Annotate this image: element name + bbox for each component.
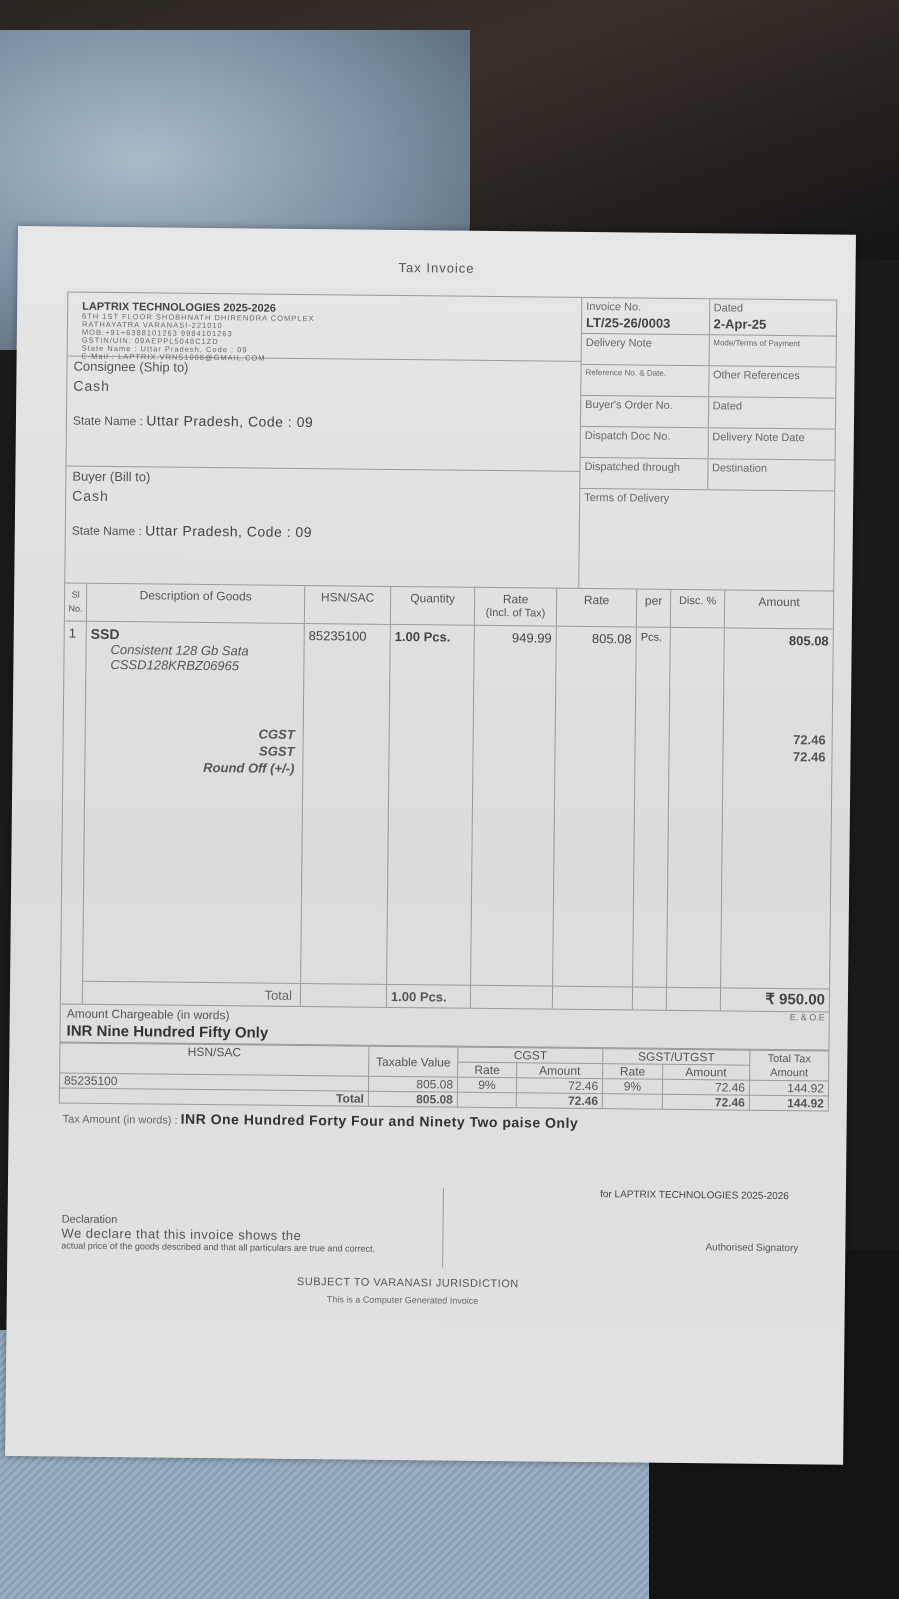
buyers-order-cell: Buyer's Order No.: [581, 396, 708, 427]
consignee-state-label: State Name :: [73, 414, 143, 429]
tax-header-cgst-rate: Rate: [458, 1062, 517, 1078]
consignee-state-value: Uttar Pradesh, Code : 09: [146, 412, 313, 430]
invoice-footer: Declaration We declare that this invoice…: [57, 1133, 829, 1301]
tax-row-cgst-amount: 72.46: [516, 1078, 602, 1094]
consignee-block: Consignee (Ship to) Cash State Name : Ut…: [66, 357, 580, 472]
dispatched-through-cell: Dispatched through: [580, 458, 707, 489]
computer-generated-note: This is a Computer Generated Invoice: [327, 1294, 479, 1306]
invoice-body: LAPTRIX TECHNOLOGIES 2025-2026 6TH 1ST F…: [57, 292, 837, 1302]
tax-header-sgst-rate: Rate: [603, 1064, 663, 1080]
signature-company: for LAPTRIX TECHNOLOGIES 2025-2026: [600, 1189, 789, 1202]
amount-in-words: E. & O.E Amount Chargeable (in words) IN…: [59, 1004, 829, 1050]
col-quantity: Quantity 1.00 Pcs. 1.00 Pcs.: [387, 587, 475, 1008]
item-sl: 1: [65, 622, 86, 645]
header-sl: Sl No.: [65, 584, 86, 622]
tax-amount-in-words: Tax Amount (in words) : INR One Hundred …: [59, 1109, 829, 1133]
total-row-disc: [667, 987, 720, 1011]
total-row-amount: ₹ 950.00: [721, 987, 829, 1011]
meta-row: Dispatch Doc No. Delivery Note Date: [581, 427, 835, 461]
invoice-date: 2-Apr-25: [713, 316, 832, 332]
total-amount: ₹ 950.00: [765, 990, 825, 1009]
header-rate-incl-label: Rate: [475, 592, 556, 607]
header-rate-incl-sub: (Incl. of Tax): [475, 606, 556, 621]
tax-header-cgst: CGST: [458, 1047, 603, 1064]
tax-row-sgst-amount: 72.46: [662, 1079, 749, 1095]
total-row-hsn: [301, 983, 386, 1007]
tax-total-label: Total: [59, 1088, 368, 1106]
item-amount: 805.08: [725, 628, 833, 652]
declaration: Declaration We declare that this invoice…: [61, 1214, 441, 1255]
header-description: Description of Goods: [87, 584, 304, 624]
parties-section: LAPTRIX TECHNOLOGIES 2025-2026 6TH 1ST F…: [65, 293, 582, 588]
header-discount: Disc. %: [671, 590, 724, 629]
invoice-number-label: Invoice No.: [586, 301, 641, 314]
header-amount: Amount: [725, 590, 833, 629]
tax-row-sgst-rate: 9%: [603, 1079, 663, 1095]
invoice-number: LT/25-26/0003: [586, 315, 705, 331]
buyer-state-label: State Name :: [72, 524, 142, 539]
total-row-per: [633, 986, 666, 1009]
payment-terms-cell: Mode/Terms of Payment: [708, 335, 836, 366]
tax-header-cgst-amount: Amount: [516, 1063, 602, 1079]
cgst-label: CGST: [203, 725, 294, 743]
terms-of-delivery-cell: Terms of Delivery: [579, 489, 834, 591]
tax-words-value: INR One Hundred Forty Four and Ninety Tw…: [181, 1111, 579, 1131]
invoice-date-label: Dated: [714, 302, 743, 314]
item-serial: CSSD128KRBZ06965: [90, 657, 299, 674]
tax-total-amount: 144.92: [749, 1095, 828, 1111]
tax-total-cgst: 72.46: [516, 1093, 602, 1109]
header-hsn: HSN/SAC: [305, 586, 390, 625]
item-per: Pcs.: [637, 628, 670, 648]
buyer-state-value: Uttar Pradesh, Code : 09: [145, 522, 312, 540]
header-rate: Rate: [557, 589, 636, 628]
col-per: per Pcs.: [633, 590, 671, 1010]
buyer-block: Buyer (Bill to) Cash State Name : Uttar …: [66, 467, 580, 545]
meta-row: Delivery Note Mode/Terms of Payment: [582, 334, 836, 368]
invoice-meta: Invoice No. LT/25-26/0003 Dated 2-Apr-25…: [579, 298, 836, 591]
tax-line-labels: CGST SGST Round Off (+/-): [203, 725, 295, 777]
jurisdiction-note: SUBJECT TO VARANASI JURISDICTION: [297, 1276, 519, 1290]
authorised-signatory: Authorised Signatory: [705, 1242, 798, 1254]
header-per: per: [637, 590, 670, 628]
invoice-paper: Tax Invoice LAPTRIX TECHNOLOGIES 2025-20…: [5, 226, 856, 1465]
tax-row-total: 144.92: [749, 1080, 828, 1096]
invoice-date-cell: Dated 2-Apr-25: [708, 299, 836, 335]
col-hsn: HSN/SAC 85235100: [301, 586, 391, 1007]
tax-total-taxable: 805.08: [368, 1091, 457, 1107]
delivery-note-date-cell: Delivery Note Date: [707, 428, 835, 459]
col-rate: Rate 805.08: [553, 589, 637, 1010]
tax-header-total: Total Tax Amount: [750, 1050, 829, 1081]
goods-table: Sl No. 1 Description of Goods SSD Consis…: [60, 584, 834, 1013]
delivery-note-cell: Delivery Note: [582, 334, 709, 365]
tax-line-amounts: 72.46 72.46: [793, 731, 826, 765]
item-rate: 805.08: [557, 627, 636, 651]
consignee-label: Consignee (Ship to): [73, 359, 574, 379]
total-quantity: 1.00 Pcs.: [391, 989, 447, 1005]
round-off-label: Round Off (+/-): [203, 759, 294, 777]
consignee-state: State Name : Uttar Pradesh, Code : 09: [73, 412, 574, 433]
col-amount: Amount 805.08 72.46 72.46 ₹ 950.00: [721, 590, 833, 1011]
item-description: SSD Consistent 128 Gb Sata CSSD128KRBZ06…: [86, 622, 304, 678]
item-quantity: 1.00 Pcs.: [391, 625, 474, 649]
destination-cell: Destination: [707, 459, 835, 490]
other-references-cell: Other References: [708, 366, 836, 397]
consignee-name: Cash: [73, 378, 574, 399]
sgst-label: SGST: [203, 742, 294, 760]
eoe-note: E. & O.E: [790, 1012, 825, 1022]
buyer-state: State Name : Uttar Pradesh, Code : 09: [72, 522, 573, 543]
total-row-rate2: [553, 986, 632, 1010]
total-row-desc: Total: [83, 981, 300, 1006]
total-label: Total: [264, 988, 292, 1003]
tax-header-sgst-amount: Amount: [662, 1064, 749, 1080]
total-row-qty: 1.00 Pcs.: [387, 984, 470, 1008]
meta-row: Invoice No. LT/25-26/0003 Dated 2-Apr-25: [582, 298, 836, 337]
col-description: Description of Goods SSD Consistent 128 …: [83, 584, 305, 1006]
invoice-number-cell: Invoice No. LT/25-26/0003: [582, 298, 709, 334]
tax-words-label: Tax Amount (in words) :: [63, 1114, 178, 1127]
seller-block: LAPTRIX TECHNOLOGIES 2025-2026 6TH 1ST F…: [68, 293, 582, 362]
tax-row-cgst-rate: 9%: [457, 1077, 516, 1093]
header-quantity: Quantity: [391, 587, 474, 626]
tax-header-taxable: Taxable Value: [369, 1046, 458, 1077]
invoice-header: LAPTRIX TECHNOLOGIES 2025-2026 6TH 1ST F…: [64, 292, 837, 592]
document-title: Tax Invoice: [18, 256, 856, 280]
signature-box: for LAPTRIX TECHNOLOGIES 2025-2026 Autho…: [442, 1188, 829, 1272]
dispatch-doc-cell: Dispatch Doc No.: [581, 427, 708, 458]
tax-summary-table: HSN/SAC Taxable Value CGST SGST/UTGST To…: [59, 1042, 830, 1111]
meta-row: Buyer's Order No. Dated: [581, 396, 835, 430]
tax-header-sgst: SGST/UTGST: [603, 1049, 750, 1066]
col-discount: Disc. %: [667, 590, 725, 1011]
item-hsn: 85235100: [305, 624, 390, 648]
tax-total-sgst: 72.46: [662, 1094, 749, 1110]
order-dated-cell: Dated: [707, 397, 835, 428]
header-rate-incl: Rate (Incl. of Tax): [475, 588, 556, 627]
tax-row-taxable: 805.08: [368, 1076, 457, 1092]
meta-row: Dispatched through Destination: [580, 458, 834, 492]
meta-row: Reference No. & Date. Other References: [581, 365, 835, 399]
sgst-amount: 72.46: [793, 748, 826, 765]
cgst-amount: 72.46: [793, 731, 826, 748]
reference-cell: Reference No. & Date.: [581, 365, 708, 396]
buyer-label: Buyer (Bill to): [72, 469, 573, 489]
tax-header-hsn: HSN/SAC: [60, 1043, 369, 1076]
item-rate-incl: 949.99: [475, 626, 556, 650]
item-discount: [671, 628, 724, 637]
col-rate-incl: Rate (Incl. of Tax) 949.99: [471, 588, 557, 1009]
buyer-name: Cash: [72, 488, 573, 509]
total-row-rate1: [471, 985, 552, 1009]
